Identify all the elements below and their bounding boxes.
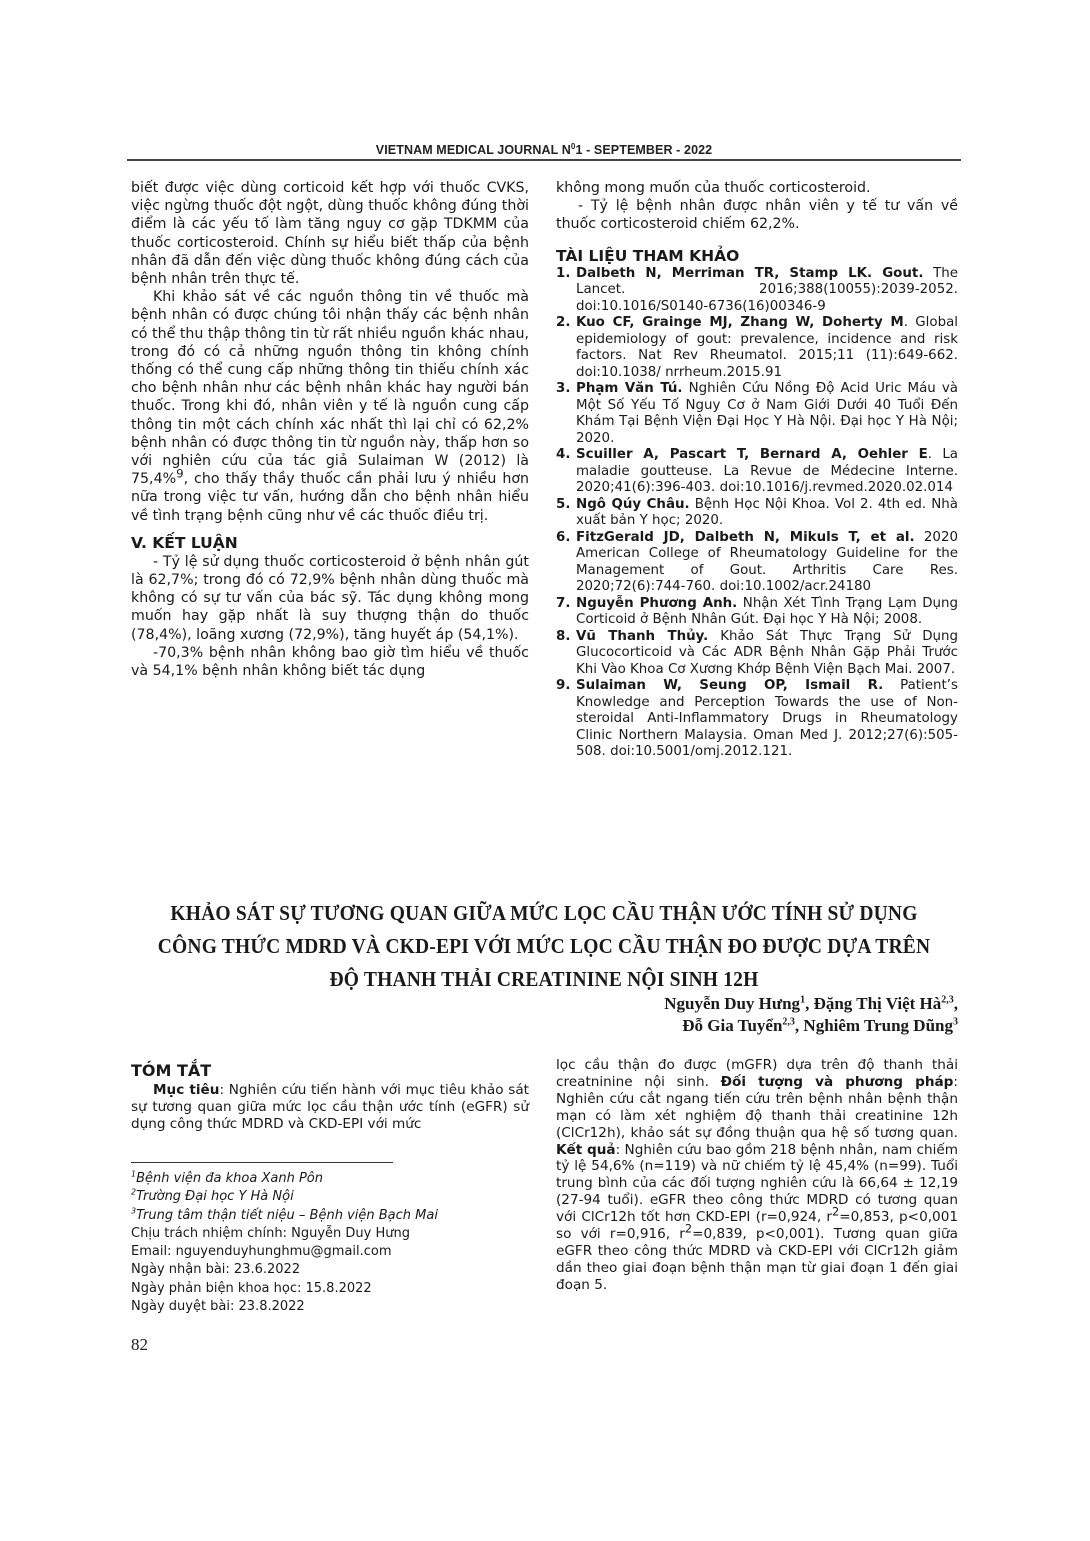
reference-number: 2.: [556, 315, 570, 332]
reference-number: 3.: [556, 381, 570, 398]
abstract-label-methods: Đối tượng và phương pháp: [721, 1074, 954, 1090]
author-name: Đặng Thị Việt Hà: [814, 994, 942, 1013]
reference-authors: Scuiller A, Pascart T, Bernard A, Oehler…: [576, 447, 928, 462]
abstract-label-objective: Mục tiêu: [153, 1082, 219, 1098]
footnotes: 1Bệnh viện đa khoa Xanh Pôn 2Trường Đại …: [131, 1170, 531, 1316]
reference-item: 9.Sulaiman W, Seung OP, Ismail R. Patien…: [556, 678, 958, 761]
reference-number: 5.: [556, 497, 570, 514]
journal-page: VIETNAM MEDICAL JOURNAL N01 - SEPTEMBER …: [0, 0, 1090, 1541]
reference-authors: Ngô Qúy Châu.: [576, 497, 690, 512]
date-accepted: Ngày duyệt bài: 23.8.2022: [131, 1298, 531, 1316]
author-affiliation-sup: 2,3: [941, 994, 954, 1005]
abstract-left-column: TÓM TẮT Mục tiêu: Nghiên cứu tiến hành v…: [131, 1060, 529, 1133]
reference-authors: Vũ Thanh Thủy.: [576, 629, 708, 644]
affiliation-text: Trung tâm thận tiết niệu – Bệnh viện Bạc…: [136, 1208, 438, 1223]
abstract-heading: TÓM TẮT: [131, 1060, 529, 1082]
affiliation-1: 1Bệnh viện đa khoa Xanh Pôn: [131, 1170, 531, 1188]
reference-number: 1.: [556, 266, 570, 283]
author-affiliation-sup: 2,3: [782, 1016, 795, 1027]
conclusion-paragraph: -70,3% bệnh nhân không bao giờ tìm hiểu …: [131, 644, 529, 680]
reference-item: 5.Ngô Qúy Châu. Bệnh Học Nội Khoa. Vol 2…: [556, 497, 958, 530]
prev-article-left-column: biết được việc dùng corticoid kết hợp vớ…: [131, 179, 529, 680]
affiliation-text: Bệnh viện đa khoa Xanh Pôn: [136, 1171, 323, 1186]
header-rule: [127, 159, 961, 161]
reference-authors: Dalbeth N, Merriman TR, Stamp LK. Gout.: [576, 266, 923, 281]
author-name: Nghiêm Trung Dũng: [803, 1016, 953, 1035]
reference-authors: Kuo CF, Grainge MJ, Zhang W, Doherty M: [576, 315, 904, 330]
affiliation-text: Trường Đại học Y Hà Nội: [136, 1189, 294, 1204]
citation-sup: 9: [176, 467, 184, 481]
author-separator: ,: [954, 994, 958, 1013]
reference-item: 8.Vũ Thanh Thủy. Khảo Sát Thực Trạng Sử …: [556, 629, 958, 679]
corresponding-author: Chịu trách nhiệm chính: Nguyễn Duy Hưng: [131, 1225, 531, 1243]
author-name: Nguyễn Duy Hưng: [664, 994, 800, 1013]
author-list: Nguyễn Duy Hưng1, Đặng Thị Việt Hà2,3, Đ…: [430, 993, 958, 1037]
running-head: VIETNAM MEDICAL JOURNAL N01 - SEPTEMBER …: [127, 143, 961, 157]
reference-list: 1.Dalbeth N, Merriman TR, Stamp LK. Gout…: [556, 266, 958, 761]
paragraph-text: , cho thấy thầy thuốc cần phải lưu ý nhi…: [131, 471, 529, 523]
article-title: KHẢO SÁT SỰ TƯƠNG QUAN GIỮA MỨC LỌC CẦU …: [156, 897, 932, 996]
reference-number: 8.: [556, 629, 570, 646]
date-reviewed: Ngày phản biện khoa học: 15.8.2022: [131, 1280, 531, 1298]
reference-item: 6.FitzGerald JD, Dalbeth N, Mikuls T, et…: [556, 530, 958, 596]
section-heading-references: TÀI LIỆU THAM KHẢO: [556, 246, 958, 266]
abstract-right-column: lọc cầu thận đo được (mGFR) dựa trên độ …: [556, 1057, 958, 1294]
reference-number: 7.: [556, 596, 570, 613]
affiliation-2: 2Trường Đại học Y Hà Nội: [131, 1188, 531, 1206]
date-received: Ngày nhận bài: 23.6.2022: [131, 1261, 531, 1279]
running-head-text: VIETNAM MEDICAL JOURNAL N: [376, 143, 571, 157]
reference-item: 2.Kuo CF, Grainge MJ, Zhang W, Doherty M…: [556, 315, 958, 381]
reference-item: 4.Scuiller A, Pascart T, Bernard A, Oehl…: [556, 447, 958, 497]
author-email: Email: nguyenduyhunghmu@gmail.com: [131, 1243, 531, 1261]
page-number: 82: [131, 1335, 148, 1355]
abstract-label-results: Kết quả: [556, 1142, 616, 1158]
reference-authors: Nguyễn Phương Anh.: [576, 596, 737, 611]
running-head-text-end: 1 - SEPTEMBER - 2022: [575, 143, 712, 157]
abstract-paragraph: Mục tiêu: Nghiên cứu tiến hành với mục t…: [131, 1082, 529, 1133]
author-affiliation-sup: 3: [953, 1016, 958, 1027]
abstract-paragraph-cont: lọc cầu thận đo được (mGFR) dựa trên độ …: [556, 1057, 958, 1294]
reference-number: 9.: [556, 678, 570, 695]
superscript: 2: [685, 1222, 692, 1236]
prev-article-right-column: không mong muốn của thuốc corticosteroid…: [556, 179, 958, 761]
conclusion-paragraph: - Tỷ lệ sử dụng thuốc corticosteroid ở b…: [131, 553, 529, 644]
affiliation-3: 3Trung tâm thận tiết niệu – Bệnh viện Bạ…: [131, 1207, 531, 1225]
reference-number: 6.: [556, 530, 570, 547]
conclusion-paragraph: - Tỷ lệ bệnh nhân được nhân viên y tế tư…: [556, 197, 958, 233]
reference-item: 1.Dalbeth N, Merriman TR, Stamp LK. Gout…: [556, 266, 958, 316]
reference-item: 3.Phạm Văn Tú. Nghiên Cứu Nồng Độ Acid U…: [556, 381, 958, 447]
conclusion-paragraph-cont: không mong muốn của thuốc corticosteroid…: [556, 179, 958, 197]
author-name: Đỗ Gia Tuyển: [682, 1016, 782, 1035]
reference-authors: FitzGerald JD, Dalbeth N, Mikuls T, et a…: [576, 530, 915, 545]
body-paragraph: Khi khảo sát về các nguồn thông tin về t…: [131, 288, 529, 525]
body-paragraph: biết được việc dùng corticoid kết hợp vớ…: [131, 179, 529, 288]
section-heading-conclusion: V. KẾT LUẬN: [131, 533, 529, 553]
reference-authors: Phạm Văn Tú.: [576, 381, 683, 396]
author-separator: ,: [805, 994, 814, 1013]
reference-item: 7.Nguyễn Phương Anh. Nhận Xét Tình Trạng…: [556, 596, 958, 629]
reference-number: 4.: [556, 447, 570, 464]
paragraph-text: Khi khảo sát về các nguồn thông tin về t…: [131, 289, 529, 487]
reference-authors: Sulaiman W, Seung OP, Ismail R.: [576, 678, 883, 693]
footnote-rule: [131, 1162, 393, 1163]
